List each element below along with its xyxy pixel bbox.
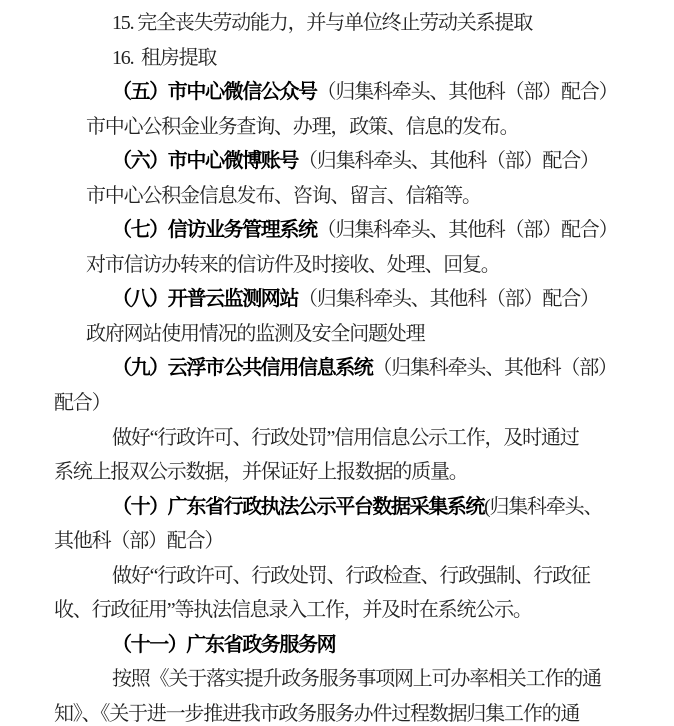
heading-segment: （七）信访业务管理系统 xyxy=(112,219,317,241)
text-segment: （归集科牵头、其他科（部）配合） xyxy=(298,288,599,310)
text-line: （九）云浮市公共信用信息系统（归集科牵头、其他科（部） xyxy=(54,351,658,386)
text-segment: 配合） xyxy=(54,392,110,414)
heading-segment: （九）云浮市公共信用信息系统 xyxy=(112,357,372,379)
text-segment: （归集科牵头、其他科（部）配合） xyxy=(317,81,618,103)
text-segment: 15. 完全丧失劳动能力，并与单位终止劳动关系提取 xyxy=(112,12,532,34)
text-line: 政府网站使用情况的监测及安全问题处理 xyxy=(54,317,658,352)
text-line: 15. 完全丧失劳动能力，并与单位终止劳动关系提取 xyxy=(54,6,658,41)
document-body: 15. 完全丧失劳动能力，并与单位终止劳动关系提取16. 租房提取（五）市中心微… xyxy=(0,0,674,726)
text-line: （十一）广东省政务服务网 xyxy=(54,628,658,663)
text-line: 对市信访办转来的信访件及时接收、处理、回复。 xyxy=(54,248,658,283)
text-line: （十）广东省行政执法公示平台数据采集系统(归集科牵头、 xyxy=(54,490,658,525)
text-line: 市中心公积金业务查询、办理，政策、信息的发布。 xyxy=(54,110,658,145)
text-segment: 政府网站使用情况的监测及安全问题处理 xyxy=(86,323,424,345)
heading-segment: （五）市中心微信公众号 xyxy=(112,81,317,103)
text-segment: 市中心公积金信息发布、咨询、留言、信箱等。 xyxy=(86,185,481,207)
text-segment: 对市信访办转来的信访件及时接收、处理、回复。 xyxy=(86,254,500,276)
text-line: 收、行政征用”等执法信息录入工作，并及时在系统公示。 xyxy=(54,593,658,628)
text-segment: （归集科牵头、其他科（部） xyxy=(372,357,616,379)
text-line: 知》、《关于进一步推进我市政务服务办件过程数据归集工作的通 xyxy=(54,697,658,726)
text-line: 按照《关于落实提升政务服务事项网上可办率相关工作的通 xyxy=(54,662,658,697)
text-line: 其他科（部）配合） xyxy=(54,524,658,559)
text-segment: （归集科牵头、其他科（部）配合） xyxy=(298,150,599,172)
text-segment: （归集科牵头、其他科（部）配合） xyxy=(317,219,618,241)
text-segment: 16. 租房提取 xyxy=(112,47,216,69)
text-segment: 做好“行政许可、行政处罚”信用信息公示工作，及时通过 xyxy=(112,427,579,449)
text-line: 系统上报双公示数据，并保证好上报数据的质量。 xyxy=(54,455,658,490)
heading-segment: （十一）广东省政务服务网 xyxy=(112,634,335,656)
text-line: 做好“行政许可、行政处罚”信用信息公示工作，及时通过 xyxy=(54,421,658,456)
text-line: 配合） xyxy=(54,386,658,421)
text-segment: 系统上报双公示数据，并保证好上报数据的质量。 xyxy=(54,461,468,483)
text-line: （八）开普云监测网站（归集科牵头、其他科（部）配合） xyxy=(54,282,658,317)
heading-segment: （八）开普云监测网站 xyxy=(112,288,298,310)
heading-segment: （十）广东省行政执法公示平台数据采集系统 xyxy=(112,496,484,518)
text-segment: (归集科牵头、 xyxy=(484,496,602,518)
heading-segment: （六）市中心微博账号 xyxy=(112,150,298,172)
text-line: （七）信访业务管理系统（归集科牵头、其他科（部）配合） xyxy=(54,213,658,248)
text-line: （六）市中心微博账号（归集科牵头、其他科（部）配合） xyxy=(54,144,658,179)
text-segment: 其他科（部）配合） xyxy=(54,530,223,552)
document-page: 15. 完全丧失劳动能力，并与单位终止劳动关系提取16. 租房提取（五）市中心微… xyxy=(0,0,674,726)
text-segment: 知》、《关于进一步推进我市政务服务办件过程数据归集工作的通 xyxy=(54,703,579,725)
text-segment: 市中心公积金业务查询、办理，政策、信息的发布。 xyxy=(86,116,518,138)
text-line: 16. 租房提取 xyxy=(54,41,658,76)
text-segment: 做好“行政许可、行政处罚、行政检查、行政强制、行政征 xyxy=(112,565,590,587)
text-line: 做好“行政许可、行政处罚、行政检查、行政强制、行政征 xyxy=(54,559,658,594)
text-segment: 按照《关于落实提升政务服务事项网上可办率相关工作的通 xyxy=(112,668,601,690)
text-segment: 收、行政征用”等执法信息录入工作，并及时在系统公示。 xyxy=(54,599,532,621)
text-line: （五）市中心微信公众号（归集科牵头、其他科（部）配合） xyxy=(54,75,658,110)
text-line: 市中心公积金信息发布、咨询、留言、信箱等。 xyxy=(54,179,658,214)
